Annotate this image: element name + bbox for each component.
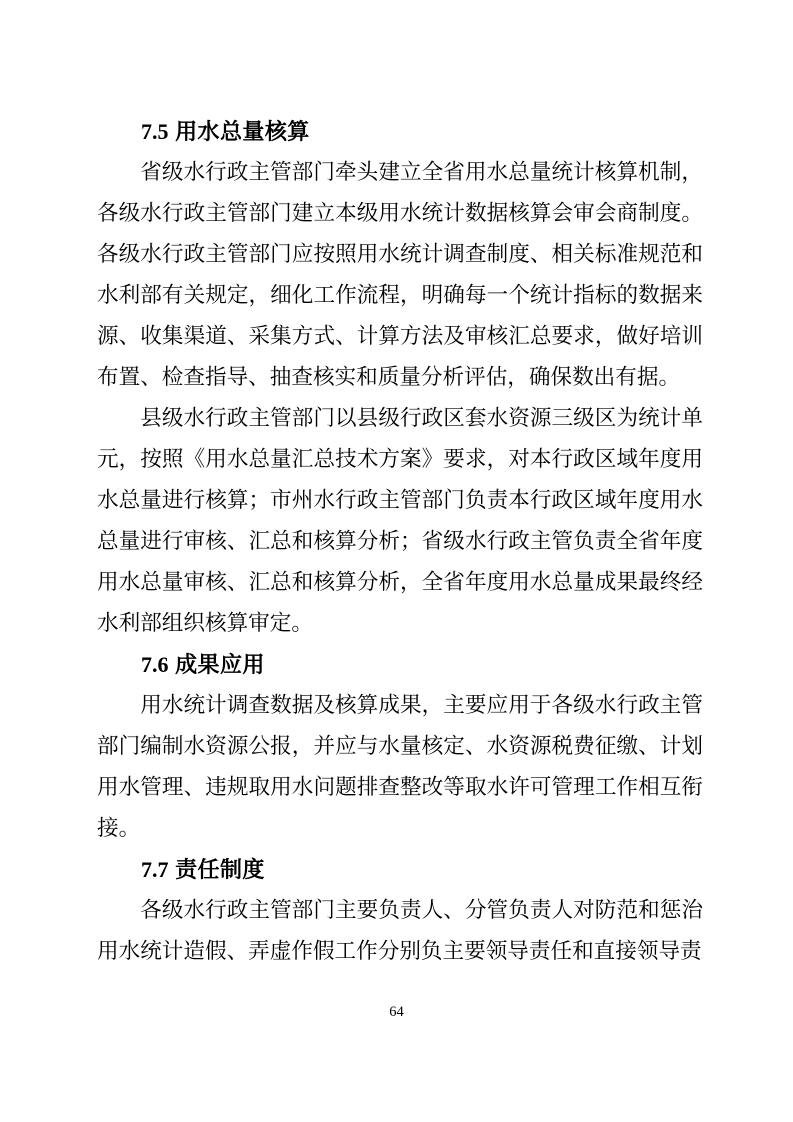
heading-title: 用水总量核算 (175, 119, 310, 144)
paragraph: 各级水行政主管部门主要负责人、分管负责人对防范和惩治用水统计造假、弄虚作假工作分… (97, 890, 703, 972)
heading-number: 7.5 (141, 119, 169, 144)
section-heading-7-6: 7.6成果应用 (97, 644, 703, 685)
paragraph: 县级水行政主管部门以县级行政区套水资源三级区为统计单元，按照《用水总量汇总技术方… (97, 398, 703, 644)
paragraph: 用水统计调查数据及核算成果，主要应用于各级水行政主管部门编制水资源公报，并应与水… (97, 685, 703, 849)
heading-number: 7.6 (141, 652, 169, 677)
heading-title: 责任制度 (175, 857, 265, 882)
page-number: 64 (0, 1002, 793, 1022)
paragraph: 省级水行政主管部门牵头建立全省用水总量统计核算机制，各级水行政主管部门建立本级用… (97, 152, 703, 398)
document-body: 7.5用水总量核算 省级水行政主管部门牵头建立全省用水总量统计核算机制，各级水行… (97, 111, 703, 972)
section-heading-7-5: 7.5用水总量核算 (97, 111, 703, 152)
heading-number: 7.7 (141, 857, 169, 882)
document-page: 7.5用水总量核算 省级水行政主管部门牵头建立全省用水总量统计核算机制，各级水行… (0, 0, 793, 1122)
section-heading-7-7: 7.7责任制度 (97, 849, 703, 890)
heading-title: 成果应用 (175, 652, 265, 677)
